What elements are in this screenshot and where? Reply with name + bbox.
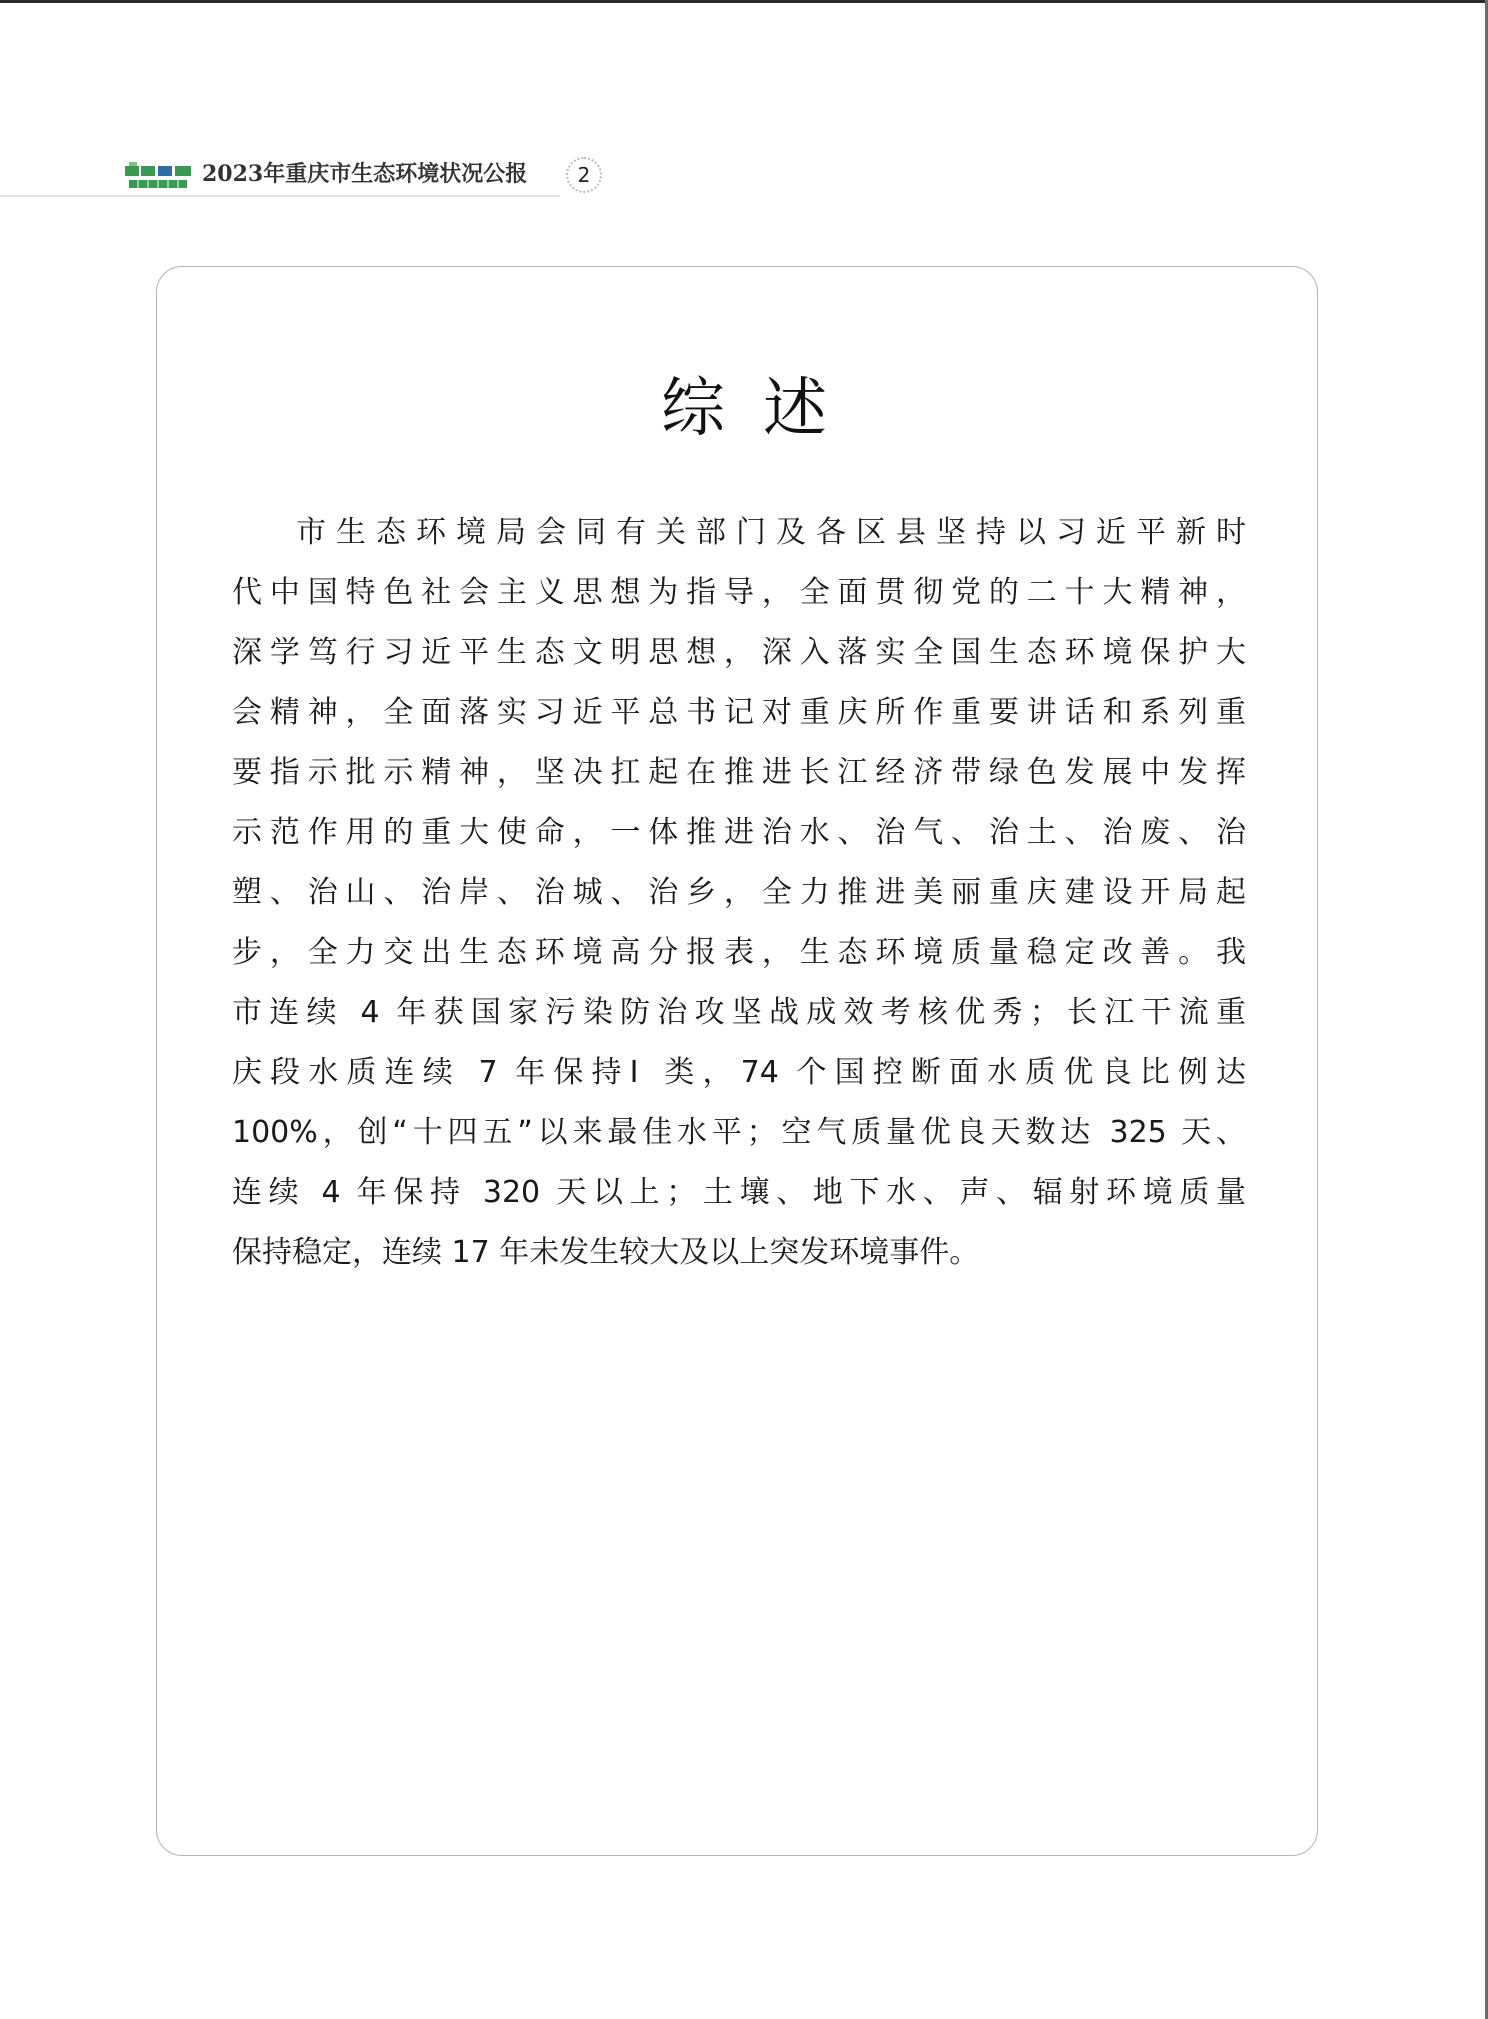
logo-mark	[125, 162, 191, 176]
paragraph-line: 会精神，全面落实习近平总书记对重庆所作重要讲话和系列重	[232, 689, 1246, 749]
paragraph-line: 步，全力交出生态环境高分报表，生态环境质量稳定改善。我	[232, 929, 1246, 989]
summary-paragraph: 市生态环境局会同有关部门及各区县坚持以习近平新时 代中国特色社会主义思想为指导，…	[232, 509, 1246, 1289]
paragraph-line: 保持稳定，连续 17 年未发生较大及以上突发环境事件。	[232, 1229, 1246, 1289]
logo-caption	[129, 180, 187, 188]
paragraph-line: 连续 4 年保持 320 天以上；土壤、地下水、声、辐射环境质量	[232, 1169, 1246, 1229]
header-underline	[0, 195, 560, 197]
paragraph-line: 代中国特色社会主义思想为指导，全面贯彻党的二十大精神，	[232, 569, 1246, 629]
page-top-border	[0, 0, 1488, 3]
paragraph-line: 市连续 4 年获国家污染防治攻坚战成效考核优秀；长江干流重	[232, 989, 1246, 1049]
paragraph-line: 示范作用的重大使命，一体推进治水、治气、治土、治废、治	[232, 809, 1246, 869]
paragraph-line: 要指示批示精神，坚决扛起在推进长江经济带绿色发展中发挥	[232, 749, 1246, 809]
paragraph-line: 市生态环境局会同有关部门及各区县坚持以习近平新时	[232, 509, 1246, 569]
section-title: 综述	[0, 364, 1488, 454]
publication-title: 2023年重庆市生态环境状况公报	[202, 158, 527, 190]
paragraph-line: 塑、治山、治岸、治城、治乡，全力推进美丽重庆建设开局起	[232, 869, 1246, 929]
paragraph-line: 100%，创“十四五”以来最佳水平；空气质量优良天数达 325 天、	[232, 1109, 1246, 1169]
page-number: 2	[578, 163, 591, 187]
page-number-badge: 2	[566, 157, 602, 193]
paragraph-line: 深学笃行习近平生态文明思想，深入落实全国生态环境保护大	[232, 629, 1246, 689]
ecology-logo-icon	[125, 160, 191, 190]
paragraph-line: 庆段水质连续 7 年保持Ⅰ 类，74 个国控断面水质优良比例达	[232, 1049, 1246, 1109]
